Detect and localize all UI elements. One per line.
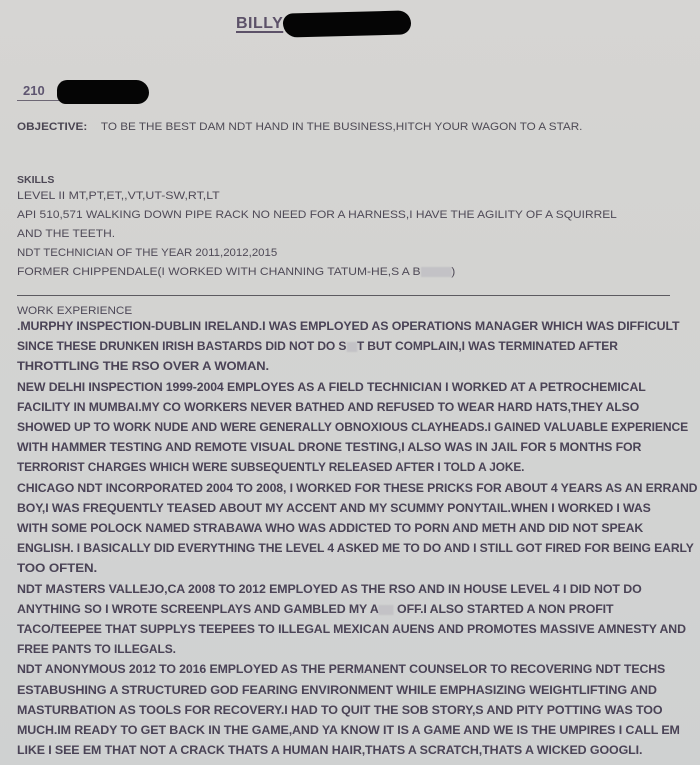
text-segment: SINCE THESE DRUNKEN IRISH BASTARDS DID N… (17, 341, 346, 353)
text-segment: FORMER CHIPPENDALE(I WORKED WITH CHANNIN… (17, 266, 421, 278)
skill-line: LEVEL II MT,PT,ET,,VT,UT-SW,RT,LT (17, 190, 220, 202)
censor-blur-mark (346, 342, 356, 352)
section-divider (17, 295, 670, 296)
work-line: SHOWED UP TO WORK NUDE AND WERE GENERALL… (17, 422, 688, 434)
work-line: WITH SOME POLOCK NAMED STRABAWA WHO WAS … (17, 523, 643, 535)
work-line: NEW DELHI INSPECTION 1999-2004 EMPLOYES … (17, 382, 646, 394)
objective-line: OBJECTIVE: TO BE THE BEST DAM NDT HAND I… (17, 121, 582, 133)
name-redaction-mark (283, 10, 412, 37)
censor-blur-mark (421, 267, 452, 277)
work-line: FREE PANTS TO ILLEGALS. (17, 644, 176, 656)
skills-heading: SKILLS (17, 174, 54, 186)
resume-page: BILLY 210 OBJECTIVE: TO BE THE BEST DAM … (0, 0, 700, 765)
candidate-name: BILLY (236, 15, 283, 33)
work-line: WITH HAMMER TESTING AND REMOTE VISUAL DR… (17, 442, 641, 454)
work-line: MUCH.IM READY TO GET BACK IN THE GAME,AN… (17, 725, 680, 737)
skill-line: API 510,571 WALKING DOWN PIPE RACK NO NE… (17, 209, 617, 221)
skill-line: FORMER CHIPPENDALE(I WORKED WITH CHANNIN… (17, 266, 455, 278)
work-line: ENGLISH. I BASICALLY DID EVERYTHING THE … (17, 543, 694, 555)
objective-text: TO BE THE BEST DAM NDT HAND IN THE BUSIN… (101, 121, 582, 133)
text-segment: OFF.I ALSO STARTED A NON PROFIT (394, 604, 614, 616)
work-line: CHICAGO NDT INCORPORATED 2004 TO 2008, I… (17, 483, 697, 495)
skill-line: NDT TECHNICIAN OF THE YEAR 2011,2012,201… (17, 247, 277, 259)
work-line: .MURPHY INSPECTION-DUBLIN IRELAND.I WAS … (17, 321, 679, 333)
work-line: THROTTLING THE RSO OVER A WOMAN. (17, 361, 269, 373)
objective-label: OBJECTIVE: (17, 121, 87, 133)
phone-redaction-mark (57, 80, 149, 104)
censor-blur-mark (379, 605, 394, 615)
work-line: TOO OFTEN. (17, 563, 97, 575)
text-segment: ANYTHING SO I WROTE SCREENPLAYS AND GAMB… (17, 604, 379, 616)
work-line: BOY,I WAS FREQUENTLY TEASED ABOUT MY ACC… (17, 503, 651, 515)
work-line: ESTABUSHING A STRUCTURED GOD FEARING ENV… (17, 685, 657, 697)
work-line: TERRORIST CHARGES WHICH WERE SUBSEQUENTL… (17, 462, 524, 474)
work-line: FACILITY IN MUMBAI.MY CO WORKERS NEVER B… (17, 402, 639, 414)
work-line: MASTURBATION AS TOOLS FOR RECOVERY.I HAD… (17, 705, 662, 717)
phone-number: 210 (23, 83, 45, 98)
work-line: NDT MASTERS VALLEJO,CA 2008 TO 2012 EMPL… (17, 584, 642, 596)
work-line: NDT ANONYMOUS 2012 TO 2016 EMPLOYED AS T… (17, 664, 665, 676)
work-line: LIKE I SEE EM THAT NOT A CRACK THATS A H… (17, 745, 642, 757)
work-line: ANYTHING SO I WROTE SCREENPLAYS AND GAMB… (17, 604, 613, 616)
header-name: BILLY (236, 12, 411, 36)
header-phone: 210 (17, 80, 63, 101)
text-segment: T BUT COMPLAIN,I WAS TERMINATED AFTER (357, 341, 618, 353)
skill-line: AND THE TEETH. (17, 228, 115, 240)
text-segment: ) (451, 266, 455, 278)
work-experience-heading: WORK EXPERIENCE (17, 305, 132, 317)
work-line: SINCE THESE DRUNKEN IRISH BASTARDS DID N… (17, 341, 618, 353)
work-line: TACO/TEEPEE THAT SUPPLYS TEEPEES TO ILLE… (17, 624, 686, 636)
